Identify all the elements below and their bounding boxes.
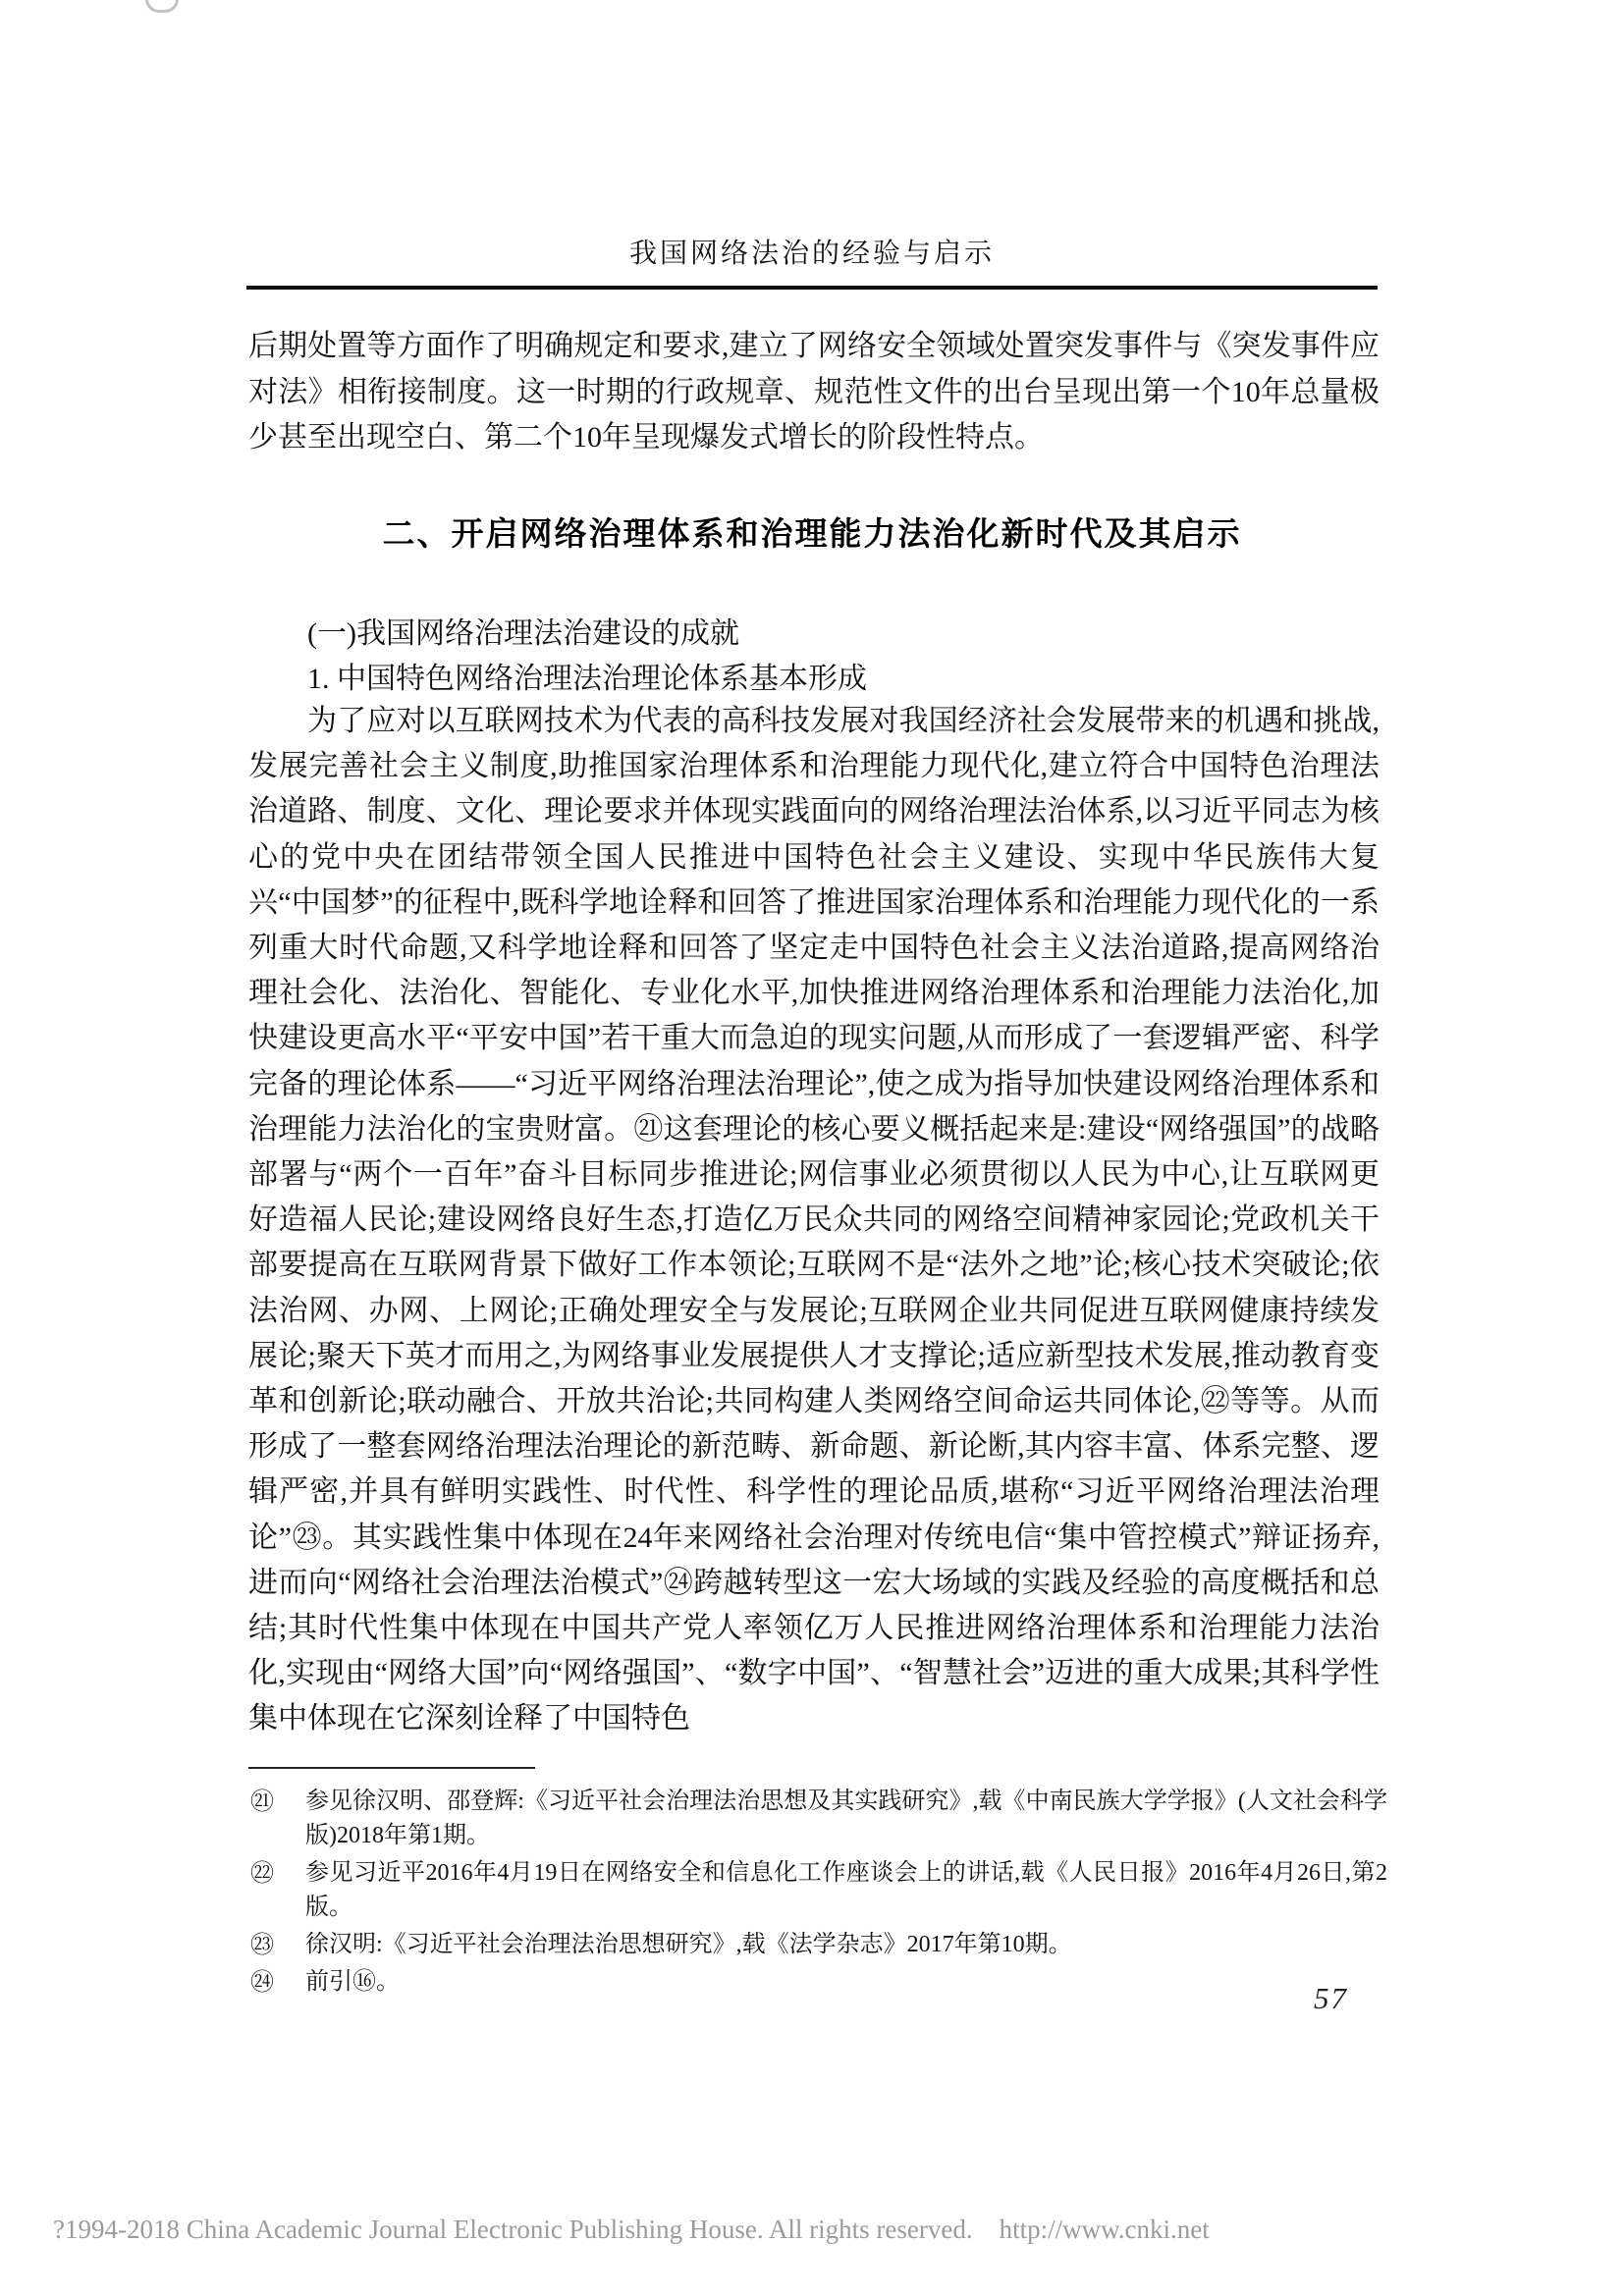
footnote-marker: ㉔ (250, 1966, 274, 2001)
publisher-footer: ?1994-2018 China Academic Journal Electr… (53, 2215, 1585, 2245)
paragraph-continuation: 后期处置等方面作了明确规定和要求,建立了网络安全领域处置突发事件与《突发事件应对… (248, 324, 1380, 461)
footnote-text: 参见习近平2016年4月19日在网络安全和信息化工作座谈会上的讲话,载《人民日报… (305, 1860, 1387, 1920)
footnote-marker: ㉑ (250, 1786, 274, 1820)
running-head: 我国网络法治的经验与启示 (0, 232, 1624, 271)
footnote-21: ㉑ 参见徐汉明、邵登辉:《习近平社会治理法治思想及其实践研究》,载《中南民族大学… (248, 1785, 1387, 1853)
subsection-heading: (一)我国网络治理法治建设的成就 (248, 609, 1380, 652)
footnote-text: 前引⑯。 (305, 1969, 400, 1995)
point-heading: 1. 中国特色网络治理法治理论体系基本形成 (248, 654, 1380, 697)
scan-artifact (145, 0, 179, 13)
section-heading: 二、开启网络治理体系和治理能力法治化新时代及其启示 (0, 508, 1624, 555)
footnote-23: ㉓ 徐汉明:《习近平社会治理法治思想研究》,载《法学杂志》2017年第10期。 (248, 1928, 1387, 1962)
footnote-divider (248, 1767, 535, 1769)
body-paragraph: 为了应对以互联网技术为代表的高科技发展对我国经济社会发展带来的机遇和挑战,发展完… (248, 699, 1380, 1742)
footnotes-section: ㉑ 参见徐汉明、邵登辉:《习近平社会治理法治思想及其实践研究》,载《中南民族大学… (248, 1785, 1387, 2002)
journal-page: 我国网络法治的经验与启示 后期处置等方面作了明确规定和要求,建立了网络安全领域处… (0, 0, 1624, 2296)
page-number: 57 (1314, 1981, 1348, 2016)
footnote-text: 参见徐汉明、邵登辉:《习近平社会治理法治思想及其实践研究》,载《中南民族大学学报… (305, 1789, 1387, 1848)
header-divider (246, 286, 1378, 290)
footnote-marker: ㉒ (250, 1857, 274, 1892)
footnote-22: ㉒ 参见习近平2016年4月19日在网络安全和信息化工作座谈会上的讲话,载《人民… (248, 1856, 1387, 1925)
footnote-marker: ㉓ (250, 1929, 274, 1963)
footnote-text: 徐汉明:《习近平社会治理法治思想研究》,载《法学杂志》2017年第10期。 (305, 1932, 1072, 1957)
footnote-24: ㉔ 前引⑯。 (248, 1965, 1387, 2000)
